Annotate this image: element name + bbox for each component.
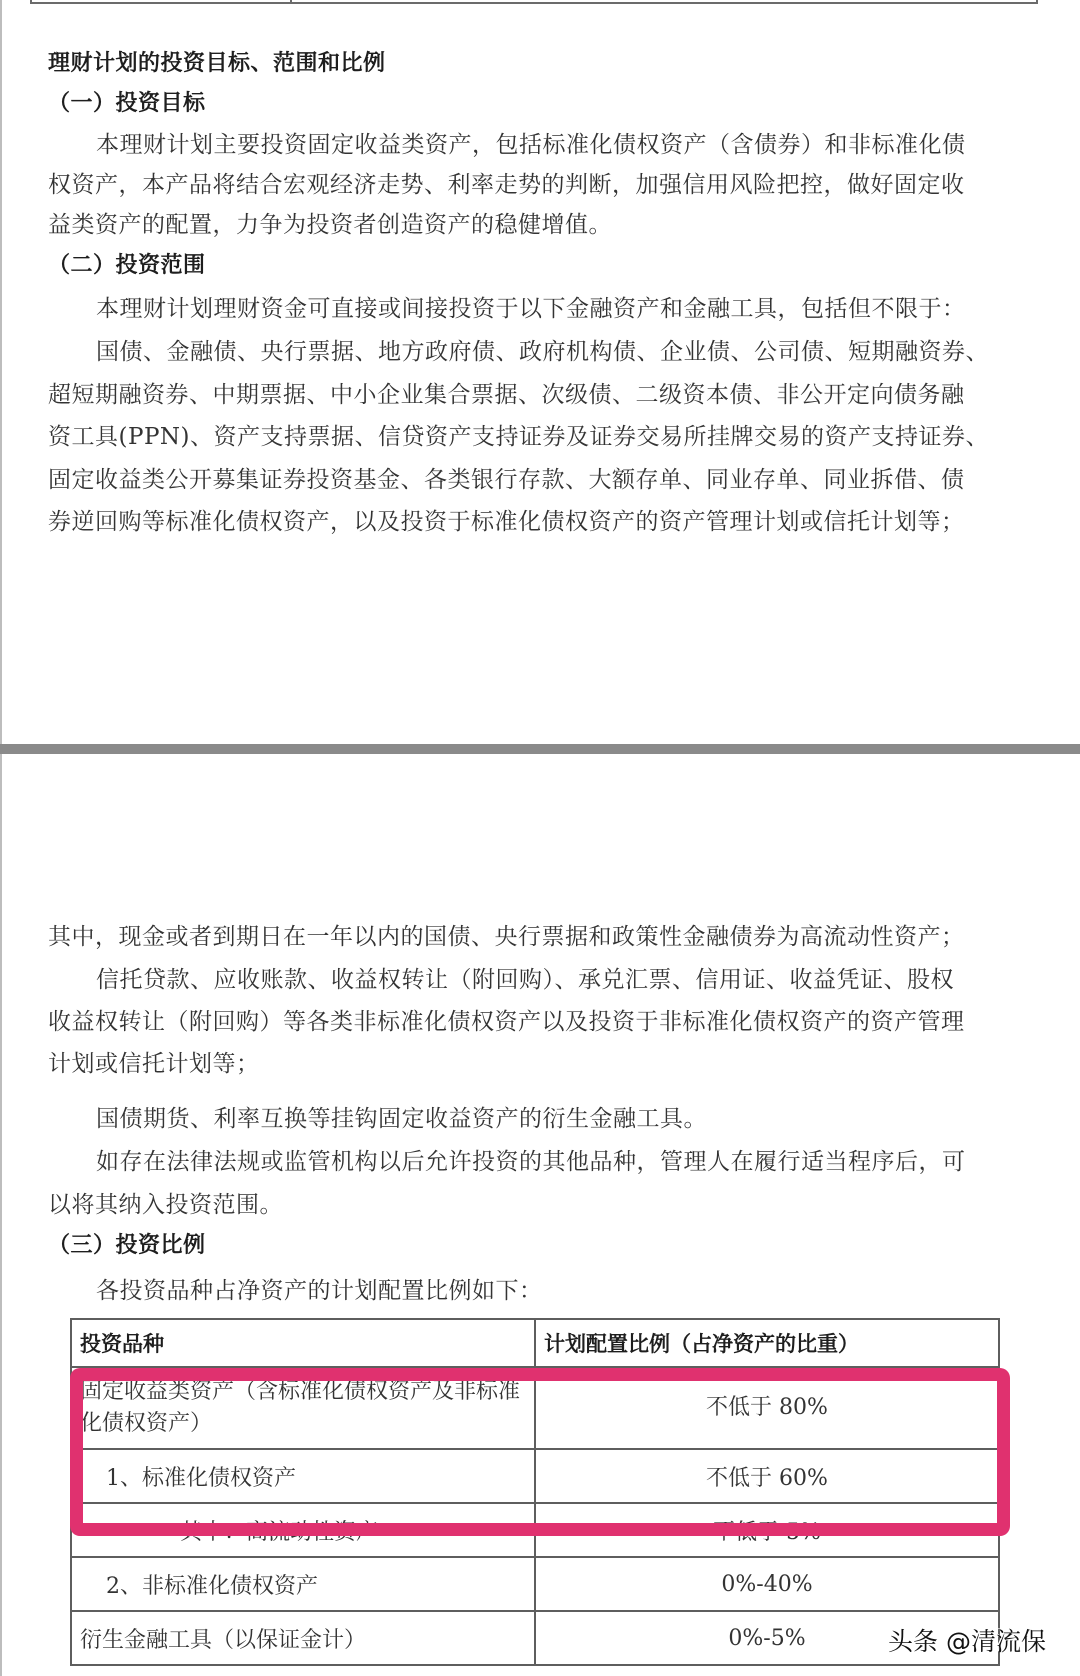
row-ratio: 0%-40% — [535, 1557, 999, 1611]
paragraph-line: 如存在法律法规或监管机构以后允许投资的其他品种，管理人在履行适当程序后，可 — [48, 1143, 1076, 1176]
page-break — [0, 744, 1080, 754]
paragraph-line: 益类资产的配置，力争为投资者创造资产的稳健增值。 — [48, 206, 1028, 239]
row-ratio: 不低于 5% — [535, 1503, 999, 1557]
table-row: 其中：高流动性资产 不低于 5% — [71, 1503, 999, 1557]
paragraph-line: 其中，现金或者到期日在一年以内的国债、央行票据和政策性金融债券为高流动性资产； — [48, 918, 1028, 951]
paragraph-line: 本理财计划理财资金可直接或间接投资于以下金融资产和金融工具，包括但不限于： — [48, 290, 1076, 323]
paragraph-line: 计划或信托计划等； — [48, 1045, 1028, 1078]
row-category: 固定收益类资产（含标准化债权资产及非标准化债权资产） — [71, 1367, 535, 1449]
document-title: 理财计划的投资目标、范围和比例 — [48, 46, 1028, 77]
table-row: 衍生金融工具（以保证金计） 0%-5% — [71, 1611, 999, 1665]
row-ratio: 不低于 80% — [535, 1367, 999, 1449]
paragraph-line: 国债期货、利率互换等挂钩固定收益资产的衍生金融工具。 — [48, 1100, 1076, 1133]
paragraph-line: 国债、金融债、央行票据、地方政府债、政府机构债、企业债、公司债、短期融资券、 — [48, 333, 1076, 366]
table-row: 1、标准化债权资产 不低于 60% — [71, 1449, 999, 1503]
row-category: 1、标准化债权资产 — [71, 1449, 535, 1503]
paragraph-line: 资工具(PPN)、资产支持票据、信贷资产支持证券及证券交易所挂牌交易的资产支持证… — [48, 418, 1028, 451]
table-header-row: 投资品种 计划配置比例（占净资产的比重） — [71, 1319, 999, 1367]
paragraph-line: 固定收益类公开募集证券投资基金、各类银行存款、大额存单、同业存单、同业拆借、债 — [48, 461, 1028, 494]
watermark: 头条 @清流保 — [888, 1622, 1046, 1658]
section-heading-scope: （二）投资范围 — [48, 248, 1028, 279]
header-ratio: 计划配置比例（占净资产的比重） — [535, 1319, 999, 1367]
row-category: 2、非标准化债权资产 — [71, 1557, 535, 1611]
page-left-edge — [0, 0, 2, 744]
row-category: 其中：高流动性资产 — [71, 1503, 535, 1557]
table-row: 2、非标准化债权资产 0%-40% — [71, 1557, 999, 1611]
paragraph-line: 信托贷款、应收账款、收益权转让（附回购）、承兑汇票、信用证、收益凭证、股权 — [48, 961, 1076, 994]
paragraph-line: 券逆回购等标准化债权资产，以及投资于标准化债权资产的资产管理计划或信托计划等； — [48, 503, 1028, 536]
table-divider — [290, 0, 292, 2]
paragraph-line: 收益权转让（附回购）等各类非标准化债权资产以及投资于非标准化债权资产的资产管理 — [48, 1003, 1028, 1036]
row-category: 衍生金融工具（以保证金计） — [71, 1611, 535, 1665]
row-ratio: 不低于 60% — [535, 1449, 999, 1503]
paragraph-line: 以将其纳入投资范围。 — [48, 1186, 1028, 1219]
page-left-edge — [0, 754, 2, 1676]
previous-table-fragment — [30, 0, 1038, 4]
table-intro: 各投资品种占净资产的计划配置比例如下： — [48, 1272, 1076, 1305]
header-category: 投资品种 — [71, 1319, 535, 1367]
allocation-ratio-table: 投资品种 计划配置比例（占净资产的比重） 固定收益类资产（含标准化债权资产及非标… — [70, 1318, 1000, 1666]
paragraph-line: 权资产，本产品将结合宏观经济走势、利率走势的判断，加强信用风险把控，做好固定收 — [48, 166, 1028, 199]
section-heading-ratio: （三）投资比例 — [48, 1228, 1028, 1259]
paragraph-line: 超短期融资券、中期票据、中小企业集合票据、次级债、二级资本债、非公开定向债务融 — [48, 376, 1028, 409]
paragraph-line: 本理财计划主要投资固定收益类资产，包括标准化债权资产（含债券）和非标准化债 — [48, 126, 1076, 159]
section-heading-objective: （一）投资目标 — [48, 86, 1028, 117]
table-row: 固定收益类资产（含标准化债权资产及非标准化债权资产） 不低于 80% — [71, 1367, 999, 1449]
